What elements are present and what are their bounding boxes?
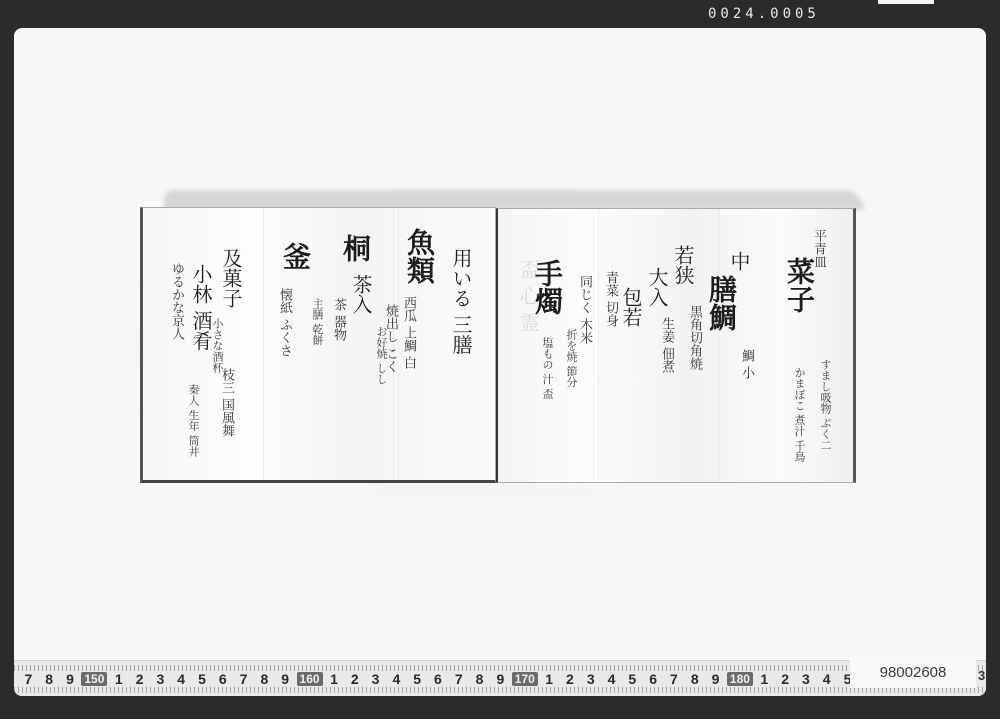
ruler-tick-label: 5 xyxy=(622,671,643,687)
text-column: 中 xyxy=(729,251,749,271)
text-column: 若狭 xyxy=(673,245,693,285)
ruler-tick-label: 8 xyxy=(39,671,60,687)
text-column: お好焼 しし xyxy=(376,326,387,385)
text-column: 茶入 xyxy=(351,274,371,314)
ruler-tick-label: 4 xyxy=(171,671,192,687)
text-column: 懐紙 ふくさ xyxy=(278,288,291,357)
ruler-end-digit: 3 xyxy=(978,668,985,683)
text-column: 主膳 乾餅 xyxy=(312,298,323,346)
text-column: 手燭 xyxy=(533,259,561,315)
ruler-tick-label: 2 xyxy=(129,671,150,687)
paper-crease xyxy=(263,208,264,480)
text-column: 釜 xyxy=(281,242,309,270)
text-column: 魚類 xyxy=(405,228,433,284)
text-column: 菜子 xyxy=(785,257,813,313)
ruler-tick-label: 7 xyxy=(448,671,469,687)
text-column: 枝三 国風舞 xyxy=(220,368,233,437)
ruler-major-mark: 170 xyxy=(512,672,538,686)
paper-crease xyxy=(598,209,599,482)
ruler-tick-label: 2 xyxy=(775,671,796,687)
text-column: 桐 xyxy=(341,234,369,262)
ruler-tick-label: 2 xyxy=(560,671,581,687)
text-column: 同じく 木米 xyxy=(578,275,591,344)
ruler-ticks-bottom xyxy=(14,687,986,693)
ruler-tick-label: 1 xyxy=(108,671,129,687)
ruler-tick-label: 5 xyxy=(407,671,428,687)
ruler-tick-label: 6 xyxy=(643,671,664,687)
frame-marker-tab xyxy=(878,0,934,4)
text-column: 秦人 生年 筒井 xyxy=(188,384,199,457)
ruler-major-mark: 180 xyxy=(727,672,753,686)
frame-number: 0024.0005 xyxy=(708,6,820,22)
ruler-tick-label: 1 xyxy=(539,671,560,687)
text-column: 折を焼 節分 xyxy=(566,329,577,388)
left-page: 用いる 三膳 魚類 西瓜 上鯛 白 焼出し こく 桐 茶入 お好焼 しし 茶 器… xyxy=(140,207,496,483)
ruler-tick-label: 4 xyxy=(386,671,407,687)
ruler-tick-label: 8 xyxy=(684,671,705,687)
text-column: すまし吸物 ぶく二 xyxy=(820,359,831,451)
text-column: 大入 xyxy=(647,267,667,307)
text-column: 塩もの 汁 盃 xyxy=(542,337,553,399)
ruler-tick-label: 1 xyxy=(324,671,345,687)
ruler-tick-label: 3 xyxy=(796,671,817,687)
text-column: 小林 酒肴 xyxy=(191,264,211,350)
ruler-major-mark: 150 xyxy=(81,672,107,686)
ruler-tick-label: 6 xyxy=(212,671,233,687)
scan-sheet: 用いる 三膳 魚類 西瓜 上鯛 白 焼出し こく 桐 茶入 お好焼 しし 茶 器… xyxy=(14,28,986,696)
text-column: 用いる 三膳 xyxy=(451,248,471,354)
text-column: 鯛 小 xyxy=(740,349,753,379)
ruler-tick-label: 7 xyxy=(18,671,39,687)
ruler-tick-label: 9 xyxy=(490,671,511,687)
text-column: 生姜 佃煮 xyxy=(660,317,673,373)
ruler-tick-label: 1 xyxy=(754,671,775,687)
text-column: 包若 xyxy=(621,287,641,327)
ruler-tick-label: 6 xyxy=(428,671,449,687)
ruler-tick-label: 7 xyxy=(233,671,254,687)
ruler-tick-label: 9 xyxy=(275,671,296,687)
text-column: 黒角切角焼 xyxy=(688,305,701,370)
archive-id-label: 98002608 xyxy=(850,656,976,688)
ruler-tick-label: 8 xyxy=(254,671,275,687)
ruler-major-mark: 160 xyxy=(297,672,323,686)
paper-crease xyxy=(718,209,719,482)
measuring-ruler: 7 8 9 150 1 2 3 4 5 6 7 8 9 160 1 2 3 4 … xyxy=(14,660,986,696)
text-column: 小さな酒杯 xyxy=(212,318,223,373)
right-page: 盃 心 霊 平青皿 菜子 すまし吸物 ぶく二 かまぼこ 煮汁 千鳥 中 膳鯛 鯛… xyxy=(496,208,856,483)
ruler-tick-label: 3 xyxy=(365,671,386,687)
ruler-tick-label: 7 xyxy=(664,671,685,687)
ruler-tick-label: 2 xyxy=(344,671,365,687)
ruler-tick-label: 9 xyxy=(705,671,726,687)
text-column: 茶 器物 xyxy=(332,298,345,341)
text-column: 膳鯛 xyxy=(707,275,735,331)
ruler-tick-label: 8 xyxy=(469,671,490,687)
ruler-tick-label: 4 xyxy=(816,671,837,687)
text-column: ゆるかな京人 xyxy=(170,262,183,340)
ruler-tick-label: 3 xyxy=(580,671,601,687)
ruler-tick-label: 5 xyxy=(192,671,213,687)
text-column: かまぼこ 煮汁 千鳥 xyxy=(794,367,805,462)
ruler-tick-label: 4 xyxy=(601,671,622,687)
text-column: 及菓子 xyxy=(221,248,241,308)
text-column: 青菜 切身 xyxy=(604,271,617,327)
text-column: 西瓜 上鯛 白 xyxy=(402,296,415,369)
ruler-tick-label: 9 xyxy=(60,671,81,687)
ruler-tick-label: 3 xyxy=(150,671,171,687)
ruler-numbers: 7 8 9 150 1 2 3 4 5 6 7 8 9 160 1 2 3 4 … xyxy=(18,671,879,687)
